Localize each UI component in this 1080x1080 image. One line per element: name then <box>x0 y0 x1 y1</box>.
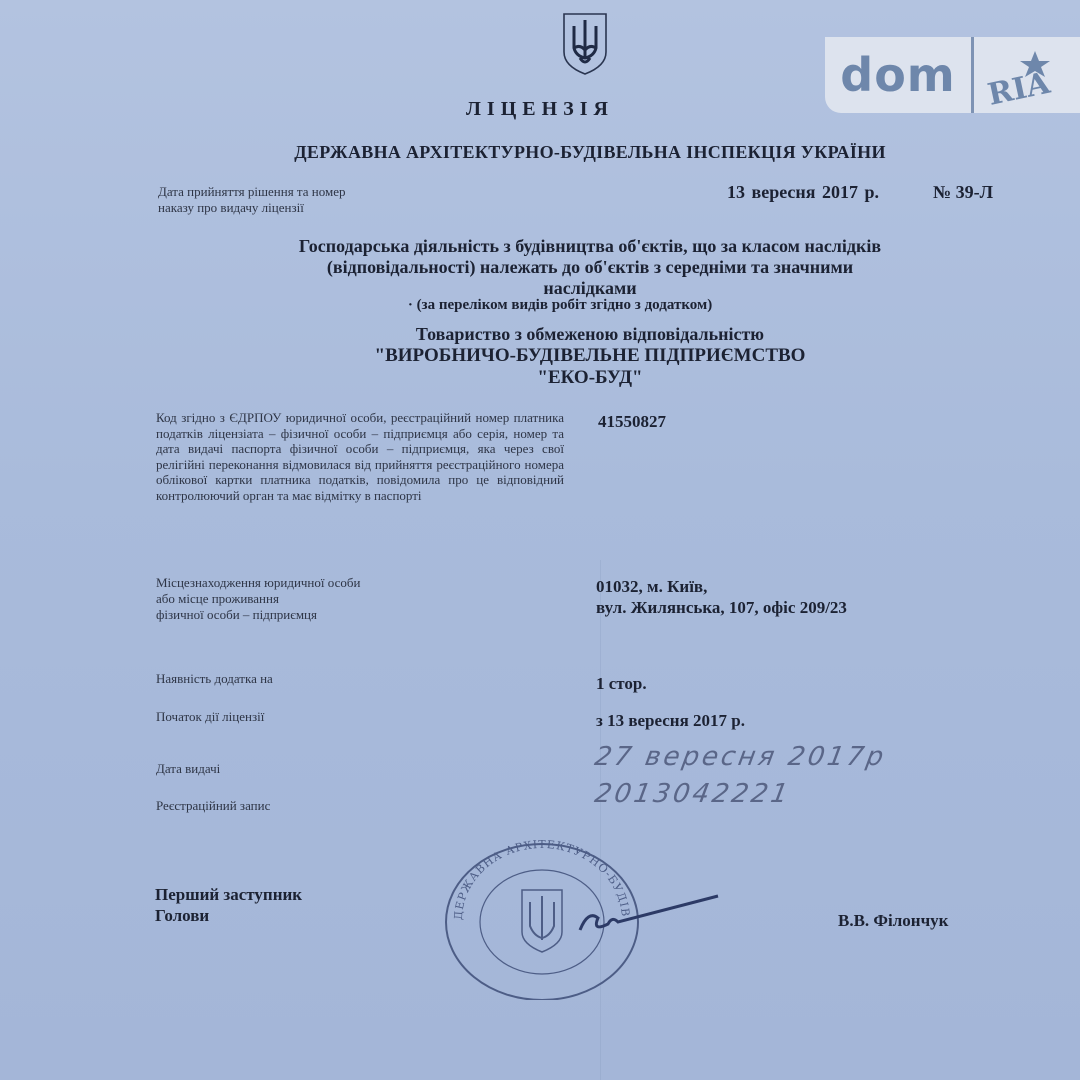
company-name: "ВИРОБНИЧО-БУДІВЕЛЬНЕ ПІДПРИЄМСТВО "ЕКО-… <box>160 345 1020 389</box>
address-value: 01032, м. Київ, вул. Жилянська, 107, офі… <box>596 576 847 618</box>
paper-fold-line <box>600 560 601 1080</box>
svg-text:ДЕРЖАВНА АРХІТЕКТУРНО-БУДІВЕЛЬ: ДЕРЖАВНА АРХІТЕКТУРНО-БУДІВЕЛЬНА ІНСПЕКЦ… <box>442 840 632 920</box>
address-label-line-1: Місцезнаходження юридичної особи <box>156 575 476 591</box>
issuing-agency: ДЕРЖАВНА АРХІТЕКТУРНО-БУДІВЕЛЬНА ІНСПЕКЦ… <box>160 142 1020 163</box>
activity-line-3: наслідками <box>160 278 1020 299</box>
activity-description: Господарська діяльність з будівництва об… <box>160 236 1020 299</box>
company-name-line-1: "ВИРОБНИЧО-БУДІВЕЛЬНЕ ПІДПРИЄМСТВО <box>160 345 1020 367</box>
appendix-value: 1 стор. <box>596 674 647 694</box>
registry-record-handwritten: 2013042221 <box>592 779 793 809</box>
stamp-text: ДЕРЖАВНА АРХІТЕКТУРНО-БУДІВЕЛЬНА ІНСПЕКЦ… <box>442 840 632 920</box>
company-type: Товариство з обмеженою відповідальністю <box>160 324 1020 345</box>
order-date: 13 вересня 2017 р. <box>727 182 879 203</box>
address-label: Місцезнаходження юридичної особи або міс… <box>156 575 476 623</box>
handwritten-signature <box>580 896 718 930</box>
trident-coat-of-arms-icon <box>550 8 620 78</box>
official-seal-stamp-icon: ДЕРЖАВНА АРХІТЕКТУРНО-БУДІВЕЛЬНА ІНСПЕКЦ… <box>442 840 662 1000</box>
address-label-line-3: фізичної особи – підприємця <box>156 607 476 623</box>
address-value-line-1: 01032, м. Київ, <box>596 576 847 597</box>
edrpou-value: 41550827 <box>598 412 666 432</box>
signatory-title-line-2: Голови <box>155 905 302 926</box>
order-label: Дата прийняття рішення та номер наказу п… <box>158 184 458 216</box>
signatory-title: Перший заступник Голови <box>155 884 302 926</box>
license-start-value: з 13 вересня 2017 р. <box>596 711 745 731</box>
signatory-title-line-1: Перший заступник <box>155 884 302 905</box>
activity-note: · (за переліком видів робіт згідно з дод… <box>160 297 960 314</box>
order-label-line-2: наказу про видачу ліцензії <box>158 200 458 216</box>
registry-record-label: Реєстраційний запис <box>156 798 270 814</box>
activity-line-1: Господарська діяльність з будівництва об… <box>160 236 1020 257</box>
activity-line-2: (відповідальності) належать до об'єктів … <box>160 257 1020 278</box>
issue-date-label: Дата видачі <box>156 761 220 777</box>
address-value-line-2: вул. Жилянська, 107, офіс 209/23 <box>596 597 847 618</box>
order-label-line-1: Дата прийняття рішення та номер <box>158 184 458 200</box>
address-label-line-2: або місце проживання <box>156 591 476 607</box>
document-title: ЛІЦЕНЗІЯ <box>0 98 1080 121</box>
order-number: № 39-Л <box>933 182 993 203</box>
edrpou-label: Код згідно з ЄДРПОУ юридичної особи, реє… <box>156 410 564 504</box>
company-name-line-2: "ЕКО-БУД" <box>160 367 1020 389</box>
license-start-label: Початок дії ліцензії <box>156 709 264 725</box>
appendix-label: Наявність додатка на <box>156 671 273 687</box>
issue-date-handwritten: 27 вересня 2017р <box>592 742 888 772</box>
signatory-name: В.В. Філончук <box>838 911 948 931</box>
